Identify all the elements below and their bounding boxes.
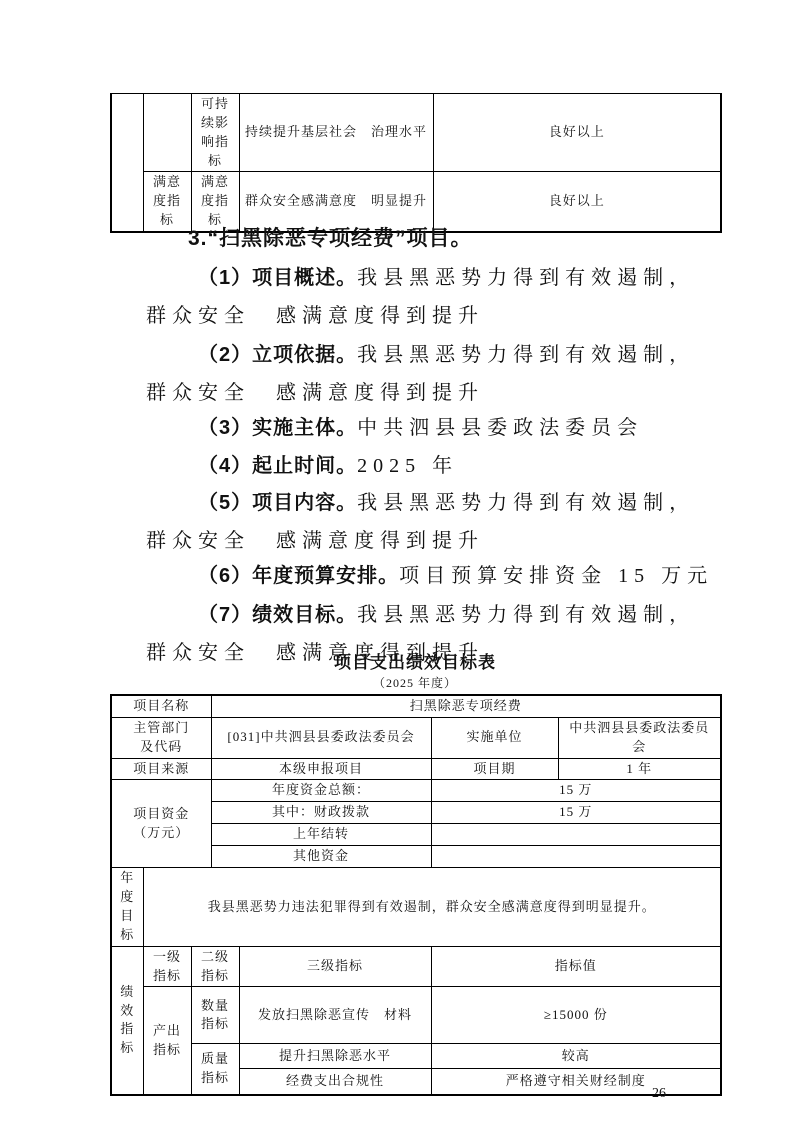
paragraph-label: （6）年度预算安排。 <box>198 565 399 587</box>
quality-indicator-label: 质量 指标 <box>191 1044 239 1095</box>
paragraph-text: 2025 年 <box>357 455 458 477</box>
indicator-value: ≥15000 份 <box>431 987 721 1044</box>
table-row: 年 度 目 标 我县黑恶势力违法犯罪得到有效遏制，群众安全感满意度得到明显提升。 <box>111 868 721 946</box>
paragraph-label: （2）立项依据。 <box>198 344 357 366</box>
project-name-value: 扫黑除恶专项经费 <box>211 695 721 717</box>
table-row: 绩 效 指 标 一级 指标 二级 指标 三级指标 指标值 <box>111 946 721 987</box>
level2-empty-cell <box>143 94 191 172</box>
page-number: 26 <box>652 1086 666 1102</box>
table-row: 可持 续影 响指 标 持续提升基层社会 治理水平 良好以上 <box>111 94 721 172</box>
table-row: 质量 指标 提升扫黑除恶水平 较高 <box>111 1044 721 1069</box>
dept-label: 主管部门 及代码 <box>111 717 211 758</box>
indicator-text: 经费支出合规性 <box>239 1069 431 1095</box>
annual-goal-label: 年 度 目 标 <box>111 868 143 946</box>
period-label: 项目期 <box>431 758 558 780</box>
paragraph-label: （4）起止时间。 <box>198 455 357 477</box>
header-value: 指标值 <box>431 946 721 987</box>
impl-unit-value: 中共泗县县委政法委员 会 <box>558 717 721 758</box>
paragraph-label: （3）实施主体。 <box>198 417 357 439</box>
fund-row-value <box>431 824 721 846</box>
header-level1: 一级 指标 <box>143 946 191 987</box>
perf-indicator-label: 绩 效 指 标 <box>111 946 143 1095</box>
quantity-indicator-label: 数量 指标 <box>191 987 239 1044</box>
table-row: 项目来源 本级申报项目 项目期 1 年 <box>111 758 721 780</box>
paragraph-1: （1）项目概述。我县黑恶势力得到有效遏制， 群众安全 感满意度得到提升 <box>146 259 731 335</box>
fund-row-value: 15 万 <box>431 802 721 824</box>
fund-row-label: 其中：财政拨款 <box>211 802 431 824</box>
document-page: 可持 续影 响指 标 持续提升基层社会 治理水平 良好以上 满意 度指 标 满意… <box>0 0 794 1122</box>
fund-row-label: 上年结转 <box>211 824 431 846</box>
header-level3: 三级指标 <box>239 946 431 987</box>
table-row: 项目名称 扫黑除恶专项经费 <box>111 695 721 717</box>
indicator-value: 良好以上 <box>433 172 721 232</box>
paragraph-label: （1）项目概述。 <box>198 267 357 289</box>
indicator-text: 持续提升基层社会 治理水平 <box>239 94 433 172</box>
paragraph-6: （6）年度预算安排。项目预算安排资金 15 万元 <box>146 557 731 595</box>
dept-value: [031]中共泗县县委政法委员会 <box>211 717 431 758</box>
indicator-value: 较高 <box>431 1044 721 1069</box>
impl-unit-label: 实施单位 <box>431 717 558 758</box>
paragraph-5: （5）项目内容。我县黑恶势力得到有效遏制， 群众安全 感满意度得到提升 <box>146 484 731 560</box>
level3-label: 可持 续影 响指 标 <box>191 94 239 172</box>
perf-indicator-stub-cell <box>111 94 143 232</box>
header-level2: 二级 指标 <box>191 946 239 987</box>
section-heading: 3.“扫黑除恶专项经费”项目。 <box>188 222 473 252</box>
source-value: 本级申报项目 <box>211 758 431 780</box>
continued-indicator-table: 可持 续影 响指 标 持续提升基层社会 治理水平 良好以上 满意 度指 标 满意… <box>110 93 722 233</box>
goal-table: 项目名称 扫黑除恶专项经费 主管部门 及代码 [031]中共泗县县委政法委员会 … <box>110 694 722 1096</box>
output-indicator-label: 产出 指标 <box>143 987 191 1095</box>
paragraph-3: （3）实施主体。中共泗县县委政法委员会 <box>146 409 731 447</box>
period-value: 1 年 <box>558 758 721 780</box>
paragraph-4: （4）起止时间。2025 年 <box>146 447 731 485</box>
fund-label: 项目资金 （万元） <box>111 780 211 868</box>
indicator-text: 发放扫黑除恶宣传 材料 <box>239 987 431 1044</box>
annual-goal-text: 我县黑恶势力违法犯罪得到有效遏制，群众安全感满意度得到明显提升。 <box>143 868 721 946</box>
indicator-value: 良好以上 <box>433 94 721 172</box>
paragraph-text: 项目预算安排资金 15 万元 <box>399 565 713 587</box>
table-row: 产出 指标 数量 指标 发放扫黑除恶宣传 材料 ≥15000 份 <box>111 987 721 1044</box>
fund-row-label: 年度资金总额： <box>211 780 431 802</box>
table-row: 主管部门 及代码 [031]中共泗县县委政法委员会 实施单位 中共泗县县委政法委… <box>111 717 721 758</box>
paragraph-text: 中共泗县县委政法委员会 <box>357 417 643 439</box>
fund-row-label: 其他资金 <box>211 846 431 868</box>
fund-row-value: 15 万 <box>431 780 721 802</box>
level2-label: 满意 度指 标 <box>143 172 191 232</box>
indicator-text: 提升扫黑除恶水平 <box>239 1044 431 1069</box>
paragraph-2: （2）立项依据。我县黑恶势力得到有效遏制， 群众安全 感满意度得到提升 <box>146 336 731 412</box>
goal-table-title: 项目支出绩效目标表 <box>110 648 720 673</box>
source-label: 项目来源 <box>111 758 211 780</box>
indicator-value: 严格遵守相关财经制度 <box>431 1069 721 1095</box>
paragraph-label: （7）绩效目标。 <box>198 604 357 626</box>
project-name-label: 项目名称 <box>111 695 211 717</box>
fund-row-value <box>431 846 721 868</box>
goal-table-subtitle: （2025 年度） <box>110 674 720 691</box>
paragraph-label: （5）项目内容。 <box>198 492 357 514</box>
table-row: 项目资金 （万元） 年度资金总额： 15 万 <box>111 780 721 802</box>
